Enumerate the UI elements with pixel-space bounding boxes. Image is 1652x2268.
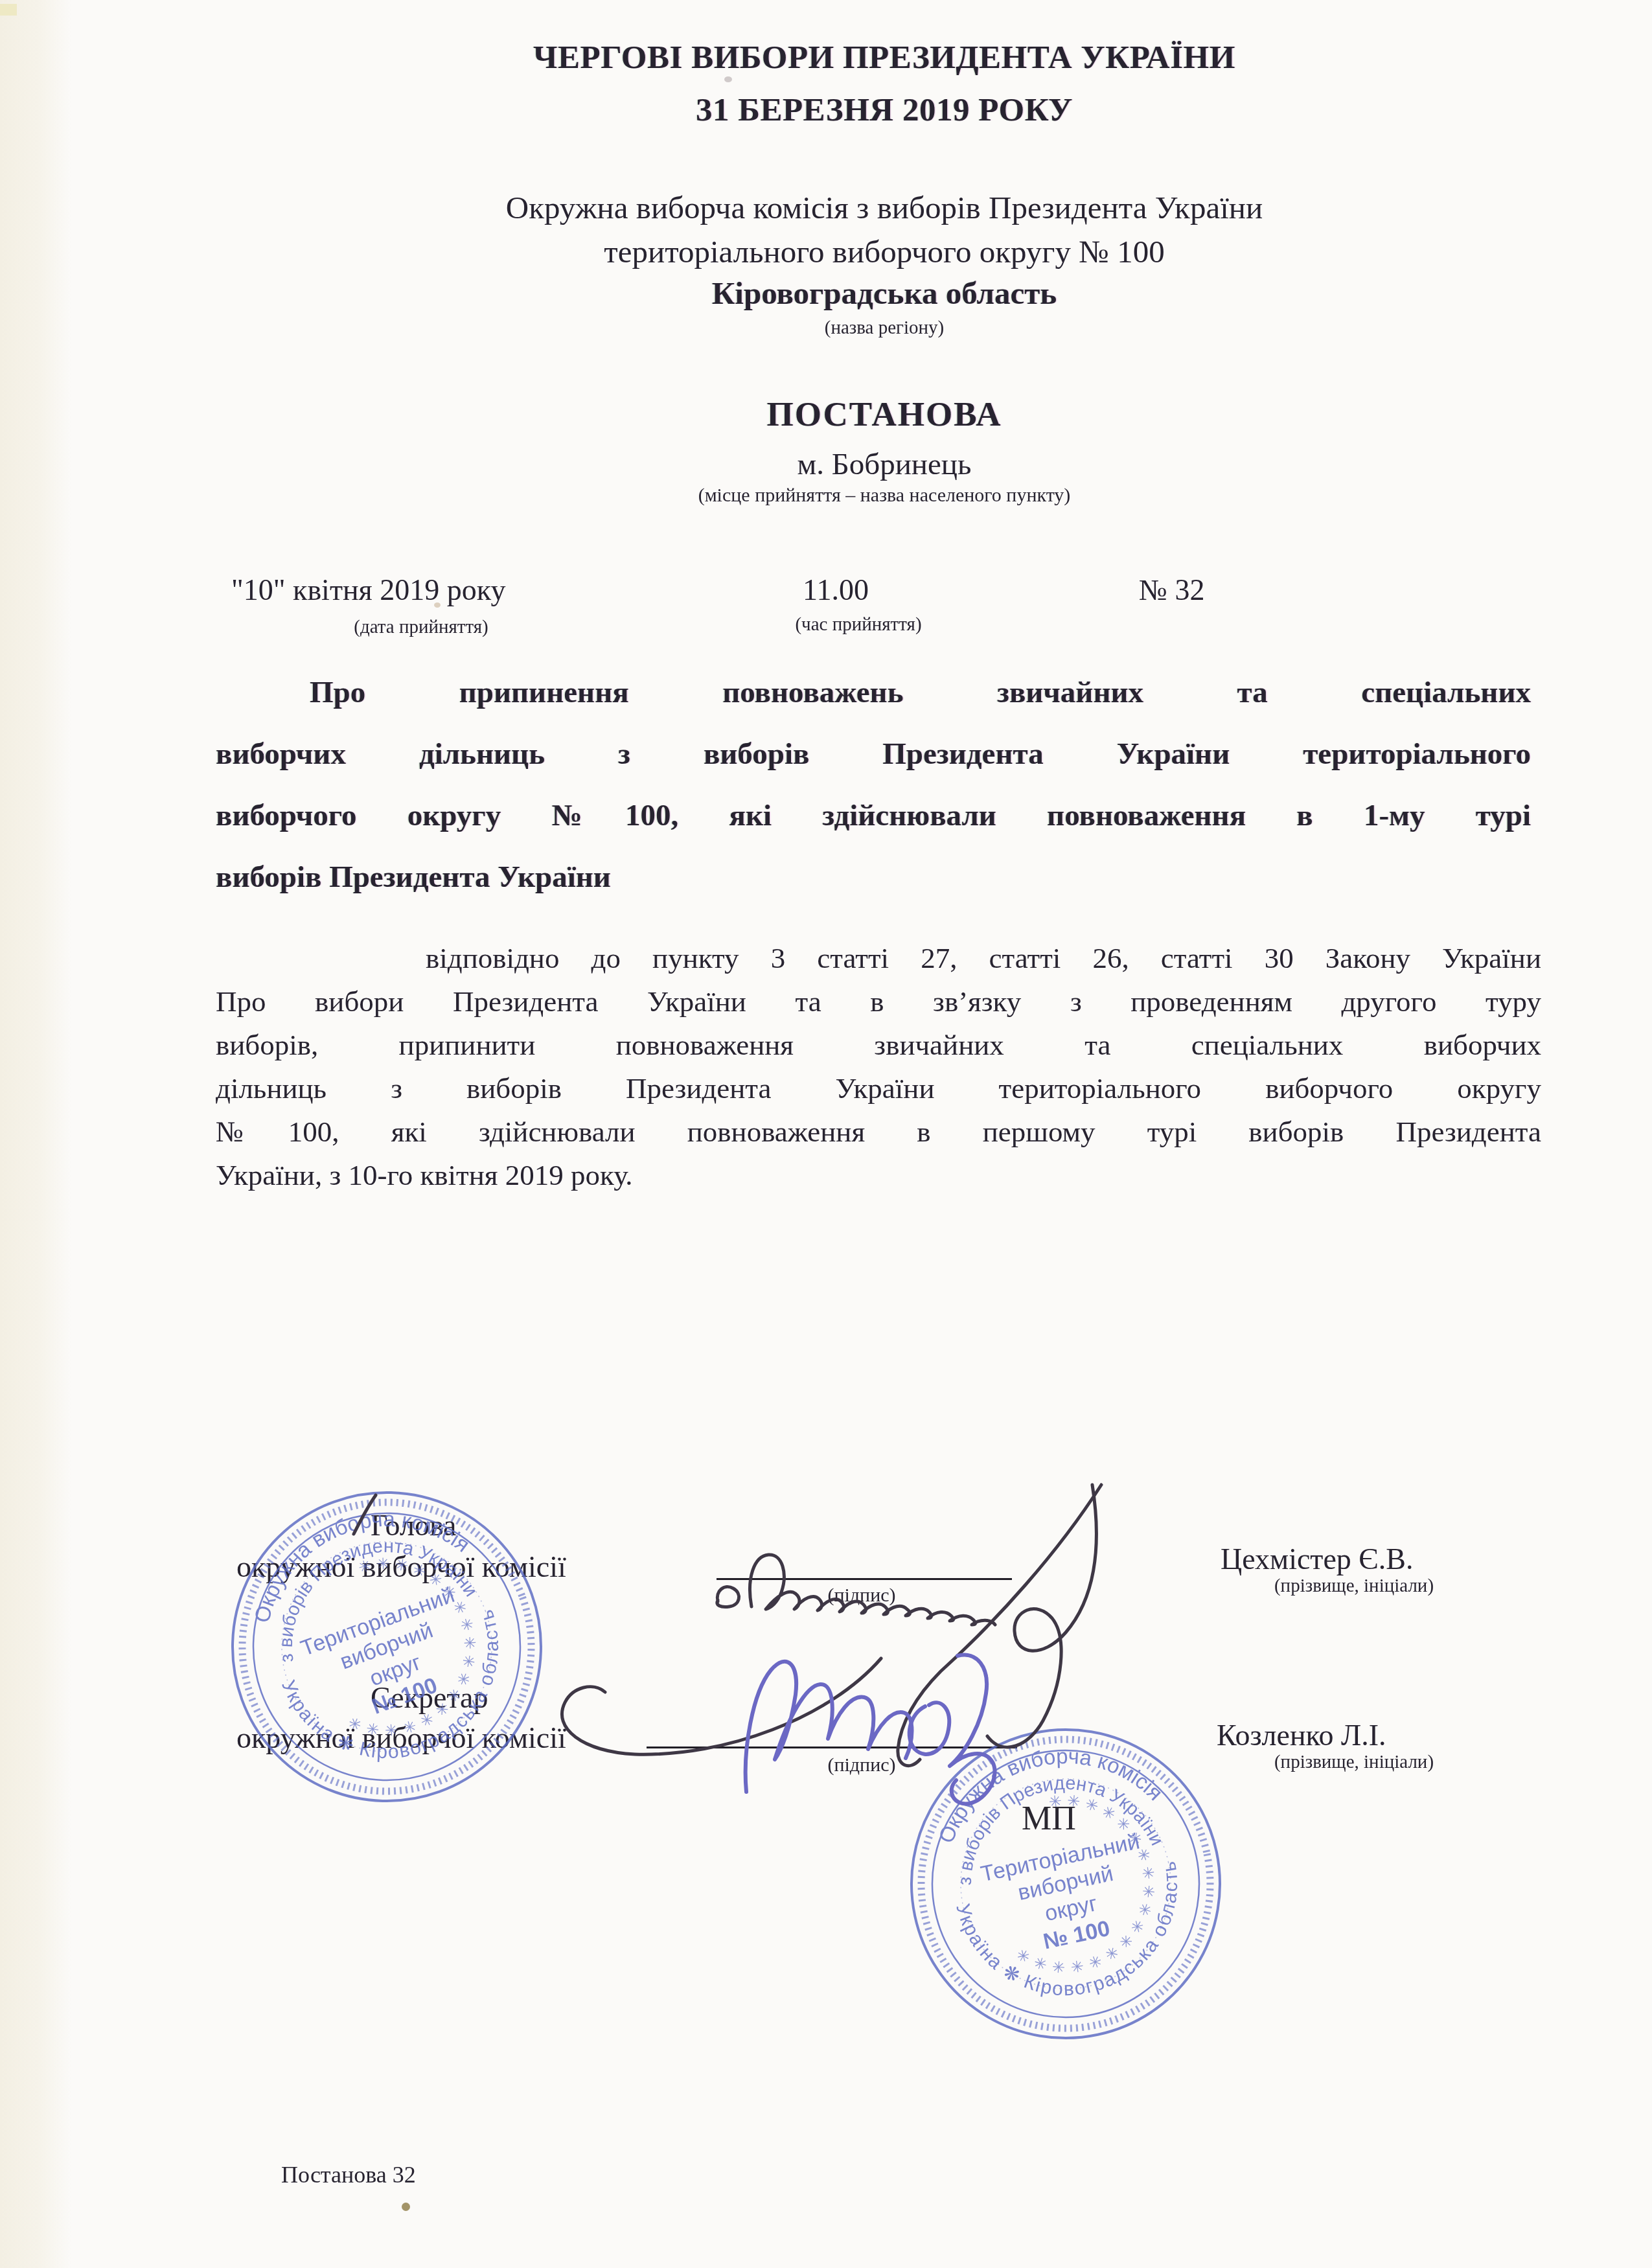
secretary-role-line1: Секретар: [371, 1680, 488, 1715]
subject-line: виборчих дільниць з виборів Президента У…: [216, 724, 1531, 785]
body-line: Про вибори Президента України та в зв’яз…: [216, 980, 1541, 1024]
commission-name-line2: територіального виборчого округу № 100: [119, 233, 1650, 270]
seal-place-marker: МП: [1022, 1800, 1076, 1838]
scanned-document-page: { "doc": { "header_line1": "ЧЕРГОВІ ВИБО…: [0, 0, 1652, 2268]
place-caption: (місце прийняття – назва населеного пунк…: [119, 485, 1650, 507]
body-line: дільниць з виборів Президента України те…: [216, 1067, 1541, 1110]
resolution-number: № 32: [1139, 573, 1204, 607]
secretary-name-caption: (прізвище, ініціали): [1250, 1752, 1458, 1773]
body-line: України, з 10-го квітня 2019 року.: [216, 1154, 1541, 1197]
time-caption: (час прийняття): [771, 614, 946, 636]
region-caption: (назва регіону): [119, 317, 1650, 339]
date-caption: (дата прийняття): [327, 617, 515, 638]
secretary-sign-caption: (підпис): [764, 1754, 959, 1776]
adoption-date: "10" квітня 2019 року: [231, 573, 505, 607]
secretary-signature-line: [647, 1747, 1017, 1748]
head-name-caption: (прізвище, ініціали): [1250, 1575, 1458, 1597]
body-line: виборів, припинити повноваження звичайни…: [216, 1024, 1541, 1067]
scan-corner-chip: [0, 4, 17, 16]
dust-speck: [402, 2203, 410, 2211]
resolution-subject: Про припинення повноважень звичайних та …: [216, 662, 1531, 908]
dust-speck: [724, 76, 732, 82]
election-header-line1: ЧЕРГОВІ ВИБОРИ ПРЕЗИДЕНТА УКРАЇНИ: [119, 39, 1650, 76]
body-line: відповідно до пункту 3 статті 27, статті…: [216, 937, 1541, 980]
head-signature-line: [717, 1578, 1012, 1580]
region-name: Кіровоградська область: [119, 275, 1650, 312]
head-sign-caption: (підпис): [764, 1585, 959, 1607]
document-type-title: ПОСТАНОВА: [119, 395, 1650, 434]
subject-line: Про припинення повноважень звичайних та …: [216, 662, 1531, 724]
subject-line: виборів Президента України: [216, 847, 1531, 908]
head-role-line2: окружної виборчої комісії: [236, 1550, 566, 1584]
page-footer-resolution-ref: Постанова 32: [281, 2161, 416, 2188]
election-header-line2: 31 БЕРЕЗНЯ 2019 РОКУ: [119, 91, 1650, 129]
resolution-body: відповідно до пункту 3 статті 27, статті…: [216, 937, 1541, 1197]
head-name: Цехмістер Є.В.: [1221, 1542, 1413, 1576]
place-of-adoption: м. Бобринець: [119, 447, 1650, 482]
subject-line: виборчого округу №100, які здійснювали п…: [216, 785, 1531, 847]
secretary-role-line2: окружної виборчої комісії: [236, 1721, 566, 1755]
head-role-line1: Голова: [371, 1508, 456, 1542]
adoption-time: 11.00: [745, 573, 926, 607]
commission-name-line1: Окружна виборча комісія з виборів Презид…: [119, 189, 1650, 226]
body-line: №100, які здійснювали повноваження в пер…: [216, 1110, 1541, 1154]
secretary-name: Козленко Л.І.: [1217, 1718, 1386, 1752]
scan-page-edge: [0, 0, 71, 2268]
secretary-handwritten-signature: [746, 1655, 995, 1804]
